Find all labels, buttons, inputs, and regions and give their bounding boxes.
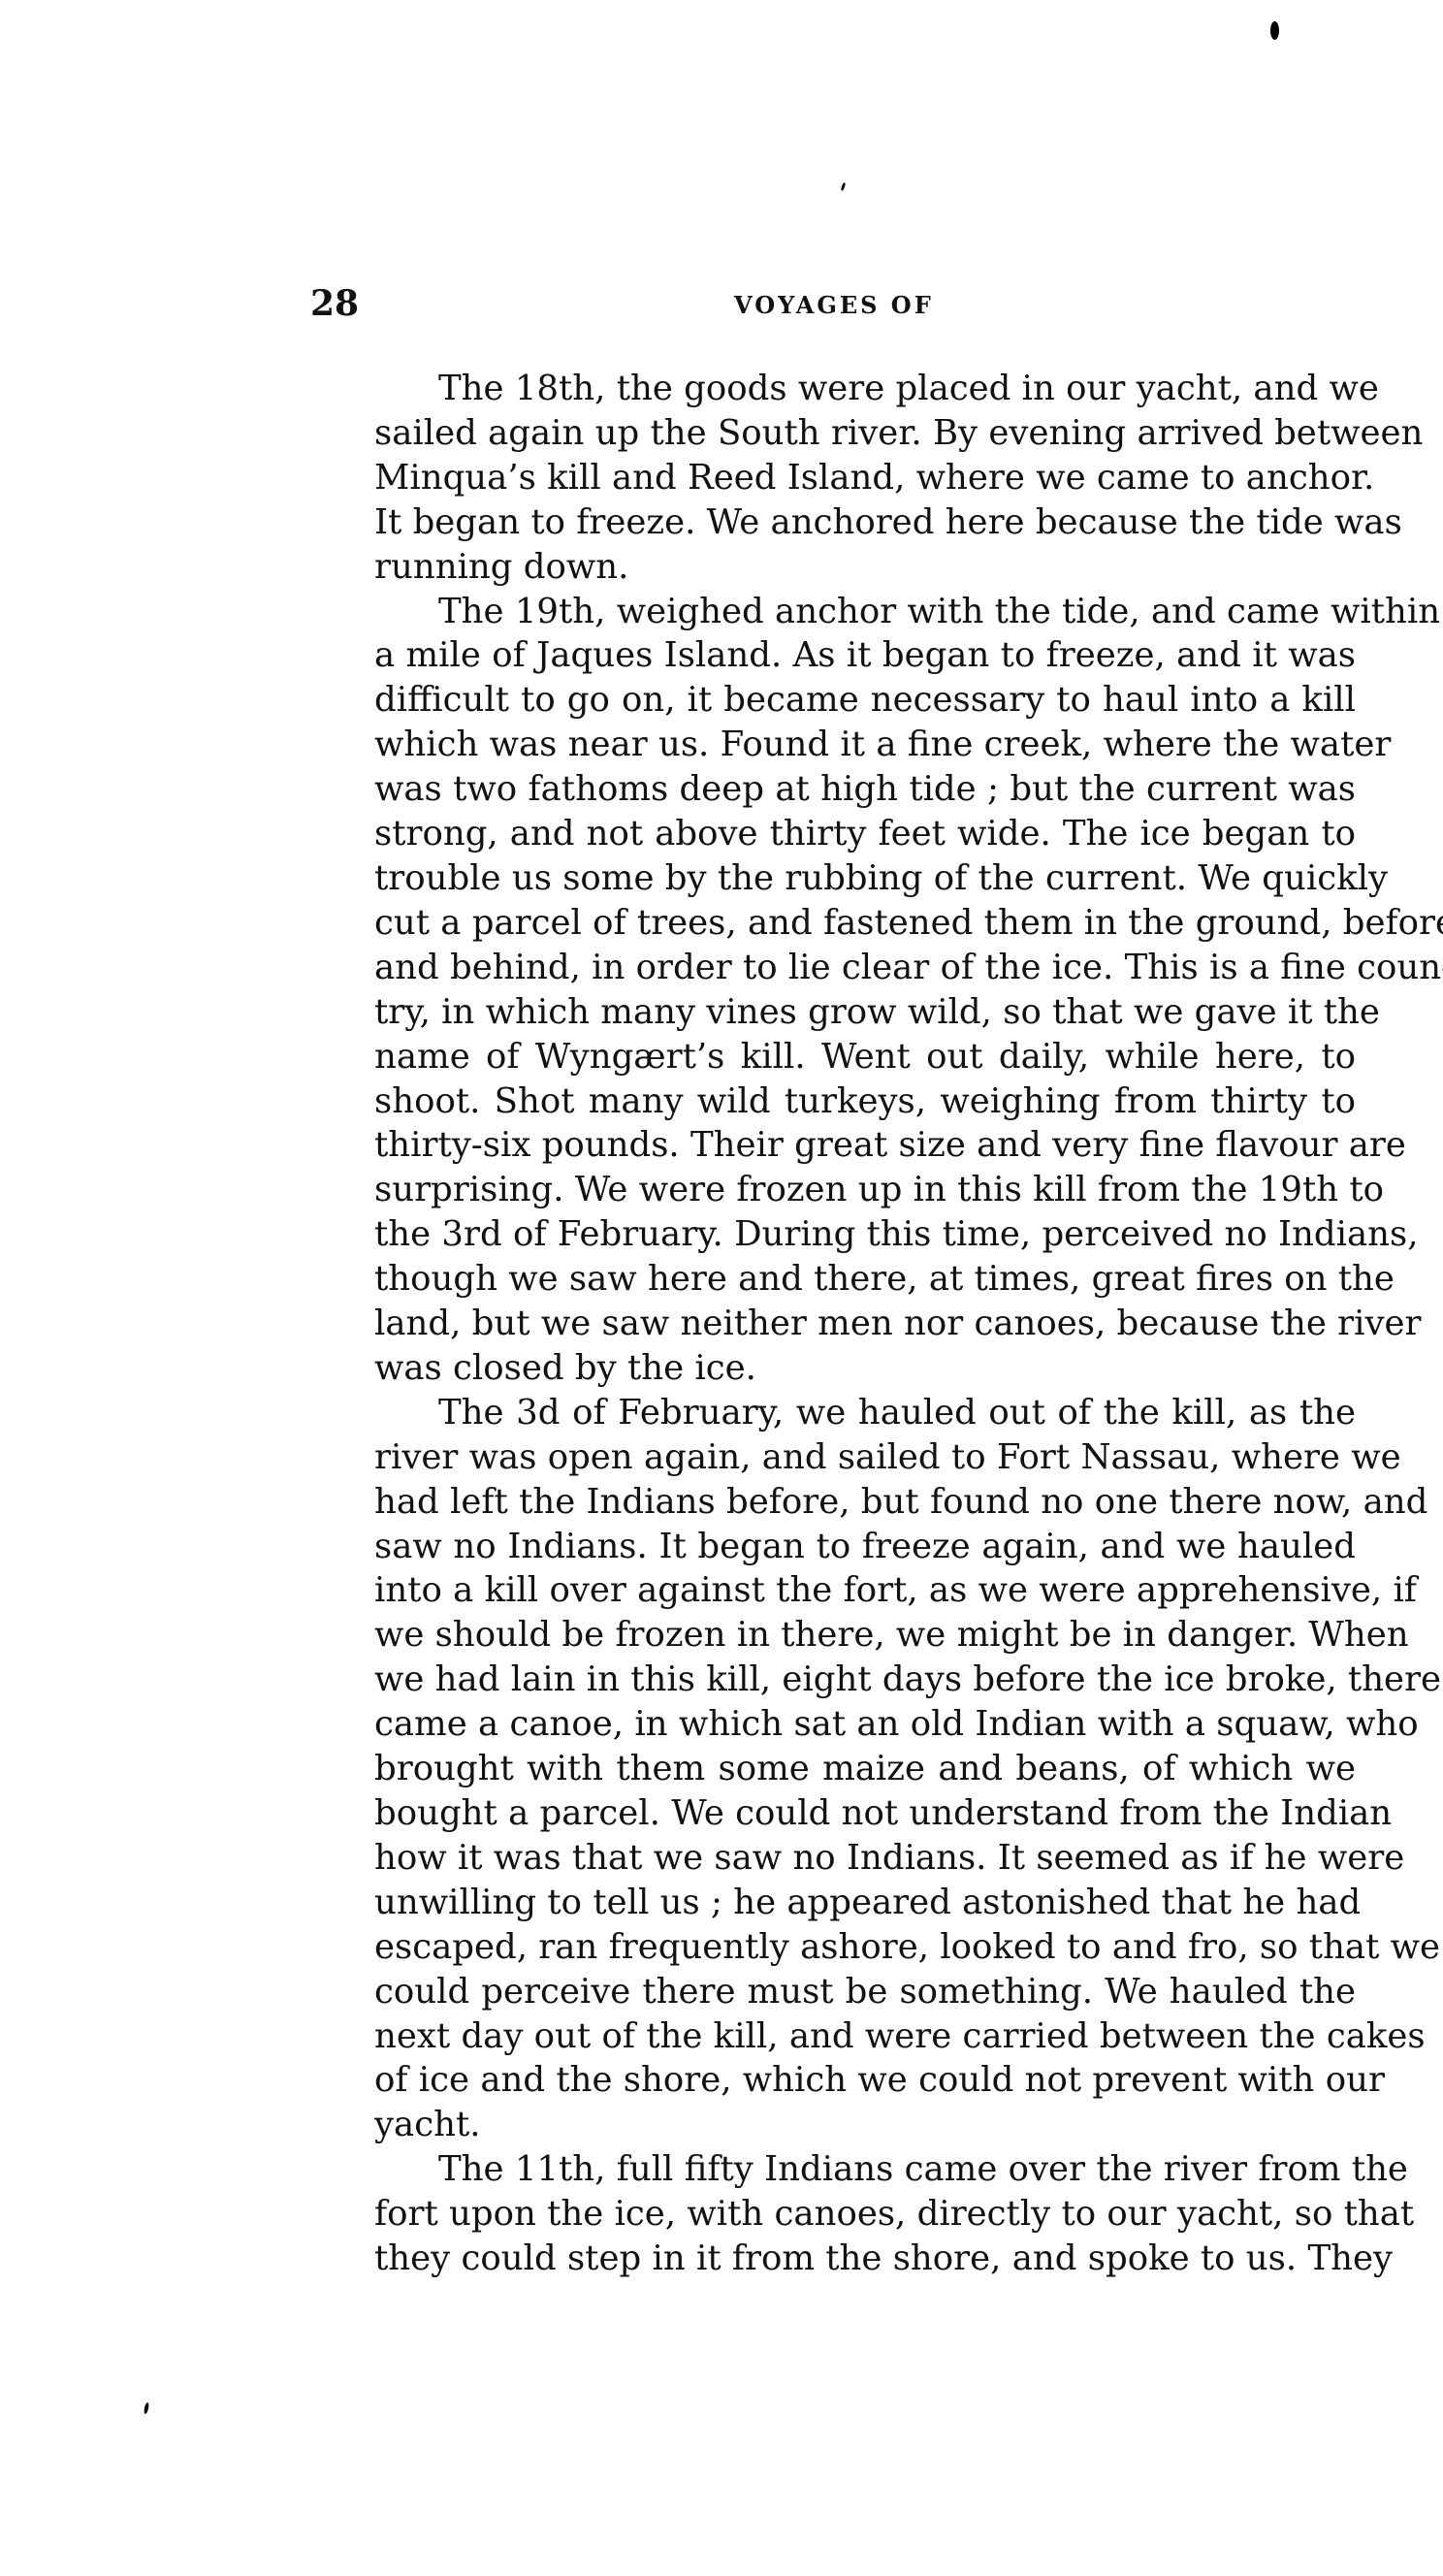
- text-line: It began to freeze. We anchored here bec…: [310, 500, 1356, 545]
- text-line: trouble us some by the rubbing of the cu…: [310, 856, 1356, 901]
- text-line: surprising. We were frozen up in this ki…: [310, 1168, 1356, 1212]
- text-line: was closed by the ice.: [310, 1346, 1356, 1391]
- text-line: land, but we saw neither men nor canoes,…: [310, 1302, 1356, 1346]
- text-line: river was open again, and sailed to Fort…: [310, 1435, 1356, 1480]
- text-line: difficult to go on, it became necessary …: [310, 678, 1356, 723]
- running-head: 28 VOYAGES OF: [310, 279, 1356, 328]
- text-line: came a canoe, in which sat an old Indian…: [310, 1702, 1356, 1747]
- scan-speck: [841, 182, 847, 191]
- text-line: brought with them some maize and beans, …: [310, 1747, 1356, 1791]
- paragraph: The 19th, weighed anchor with the tide, …: [310, 590, 1356, 1391]
- running-title: VOYAGES OF: [734, 283, 934, 328]
- text-line: shoot. Shot many wild turkeys, weighing …: [310, 1079, 1356, 1124]
- text-line: though we saw here and there, at times, …: [310, 1257, 1356, 1302]
- text-line: name of Wyngært’s kill. Went out daily, …: [310, 1035, 1356, 1079]
- text-line: a mile of Jaques Island. As it began to …: [310, 633, 1356, 678]
- text-line: running down.: [310, 545, 1356, 590]
- text-line: escaped, ran frequently ashore, looked t…: [310, 1925, 1356, 1970]
- text-line: how it was that we saw no Indians. It se…: [310, 1836, 1356, 1881]
- text-line: they could step in it from the shore, an…: [310, 2237, 1356, 2281]
- text-line: had left the Indians before, but found n…: [310, 1480, 1356, 1525]
- scan-speck: [1270, 21, 1279, 40]
- paragraph: The 18th, the goods were placed in our y…: [310, 367, 1356, 590]
- text-line: which was near us. Found it a fine creek…: [310, 723, 1356, 767]
- body-text: The 18th, the goods were placed in our y…: [310, 367, 1356, 2281]
- text-line: of ice and the shore, which we could not…: [310, 2058, 1356, 2103]
- text-line: thirty-six pounds. Their great size and …: [310, 1123, 1356, 1168]
- text-line: we had lain in this kill, eight days bef…: [310, 1658, 1356, 1702]
- text-line: into a kill over against the fort, as we…: [310, 1568, 1356, 1613]
- scan-speck: [144, 2402, 149, 2415]
- text-line: unwilling to tell us ; he appeared aston…: [310, 1881, 1356, 1925]
- text-line: fort upon the ice, with canoes, directly…: [310, 2192, 1356, 2237]
- text-line: The 3d of February, we hauled out of the…: [310, 1391, 1356, 1435]
- text-line: next day out of the kill, and were carri…: [310, 2014, 1356, 2059]
- text-line: saw no Indians. It began to freeze again…: [310, 1525, 1356, 1569]
- text-line: The 11th, full fifty Indians came over t…: [310, 2147, 1356, 2192]
- text-line: and behind, in order to lie clear of the…: [310, 946, 1356, 990]
- page-number: 28: [310, 279, 359, 328]
- text-line: Minqua’s kill and Reed Island, where we …: [310, 456, 1356, 500]
- text-line: we should be frozen in there, we might b…: [310, 1613, 1356, 1658]
- text-line: the 3rd of February. During this time, p…: [310, 1212, 1356, 1257]
- paragraph: The 3d of February, we hauled out of the…: [310, 1391, 1356, 2147]
- text-line: was two fathoms deep at high tide ; but …: [310, 767, 1356, 812]
- text-line: The 18th, the goods were placed in our y…: [310, 367, 1356, 411]
- text-line: cut a parcel of trees, and fastened them…: [310, 901, 1356, 946]
- text-line: bought a parcel. We could not understand…: [310, 1791, 1356, 1836]
- text-line: The 19th, weighed anchor with the tide, …: [310, 590, 1356, 634]
- text-line: strong, and not above thirty feet wide. …: [310, 812, 1356, 856]
- text-line: try, in which many vines grow wild, so t…: [310, 990, 1356, 1035]
- paragraph: The 11th, full fifty Indians came over t…: [310, 2147, 1356, 2281]
- text-line: sailed again up the South river. By even…: [310, 411, 1356, 456]
- text-line: yacht.: [310, 2103, 1356, 2147]
- text-line: could perceive there must be something. …: [310, 1970, 1356, 2014]
